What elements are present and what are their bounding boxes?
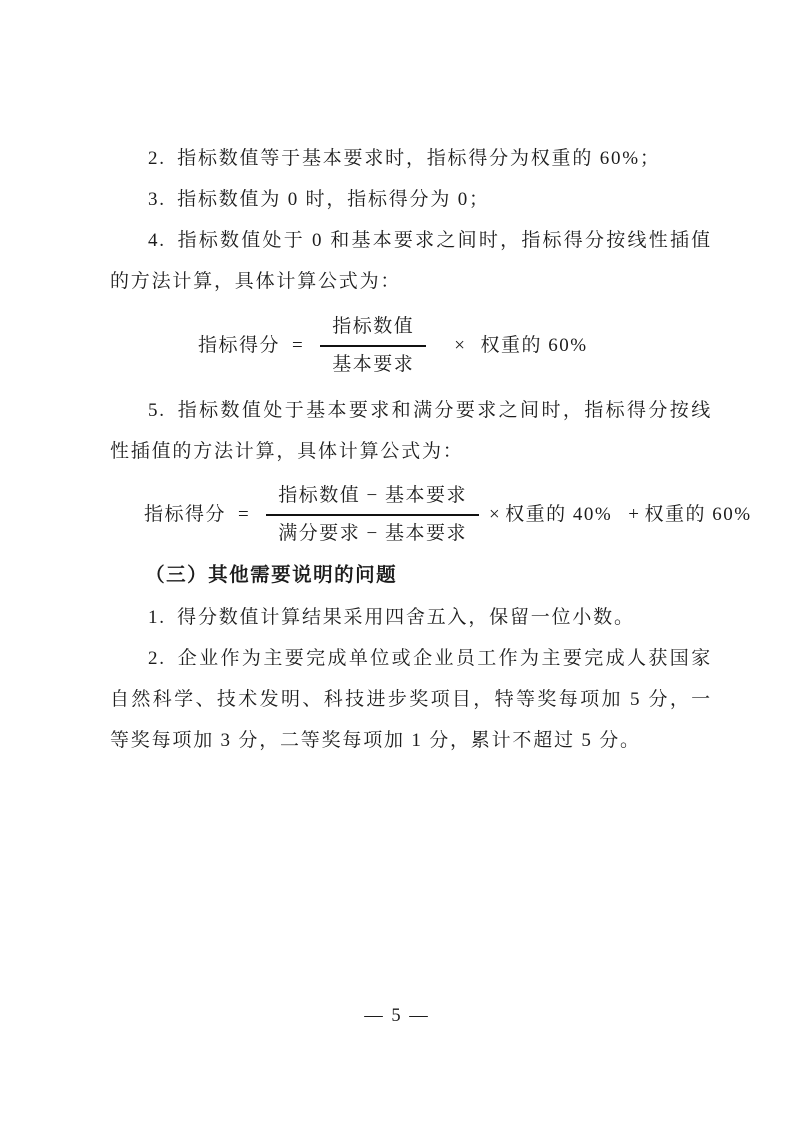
formula1-lhs: 指标得分: [198, 335, 280, 357]
list-item-3: 3. 指标数值为 0 时，指标得分为 0；: [110, 179, 712, 220]
formula1-denominator: 基本要求: [320, 347, 426, 378]
formula2-plus-sign: +: [628, 504, 640, 526]
section3-item-1: 1. 得分数值计算结果采用四舍五入，保留一位小数。: [110, 597, 712, 638]
formula1-equals-sign: =: [292, 335, 304, 357]
list-item-2: 2. 指标数值等于基本要求时，指标得分为权重的 60%；: [110, 138, 712, 179]
list-item-4: 4. 指标数值处于 0 和基本要求之间时，指标得分按线性插值的方法计算，具体计算…: [110, 220, 712, 302]
page-number: — 5 —: [0, 1006, 794, 1027]
formula1-numerator: 指标数值: [320, 314, 426, 347]
formula2-multiply-sign: ×: [489, 504, 501, 526]
formula1-weight-term: 权重的 60%: [480, 335, 587, 357]
formula2-weight-term-60: 权重的 60%: [644, 504, 751, 526]
list-item-5: 5. 指标数值处于基本要求和满分要求之间时，指标得分按线性插值的方法计算，具体计…: [110, 390, 712, 472]
formula2-equals-sign: =: [238, 504, 250, 526]
section3-item-2: 2. 企业作为主要完成单位或企业员工作为主要完成人获国家自然科学、技术发明、科技…: [110, 638, 712, 761]
document-page: 2. 指标数值等于基本要求时，指标得分为权重的 60%； 3. 指标数值为 0 …: [0, 0, 794, 1123]
formula-indicator-score-basic: 指标得分 = 指标数值 基本要求 × 权重的 60%: [198, 314, 712, 378]
formula2-fraction: 指标数值 − 基本要求 满分要求 − 基本要求: [266, 483, 479, 547]
section-heading-3: （三）其他需要说明的问题: [110, 555, 712, 597]
formula2-lhs: 指标得分: [144, 504, 226, 526]
formula-indicator-score-interpolated: 指标得分 = 指标数值 − 基本要求 满分要求 − 基本要求 × 权重的 40%…: [144, 483, 712, 547]
formula2-weight-term-40: 权重的 40%: [505, 504, 612, 526]
formula2-denominator: 满分要求 − 基本要求: [266, 516, 479, 547]
formula1-fraction: 指标数值 基本要求: [320, 314, 426, 378]
formula2-numerator: 指标数值 − 基本要求: [266, 483, 479, 516]
formula1-multiply-sign: ×: [454, 335, 466, 357]
document-body: 2. 指标数值等于基本要求时，指标得分为权重的 60%； 3. 指标数值为 0 …: [110, 138, 712, 761]
